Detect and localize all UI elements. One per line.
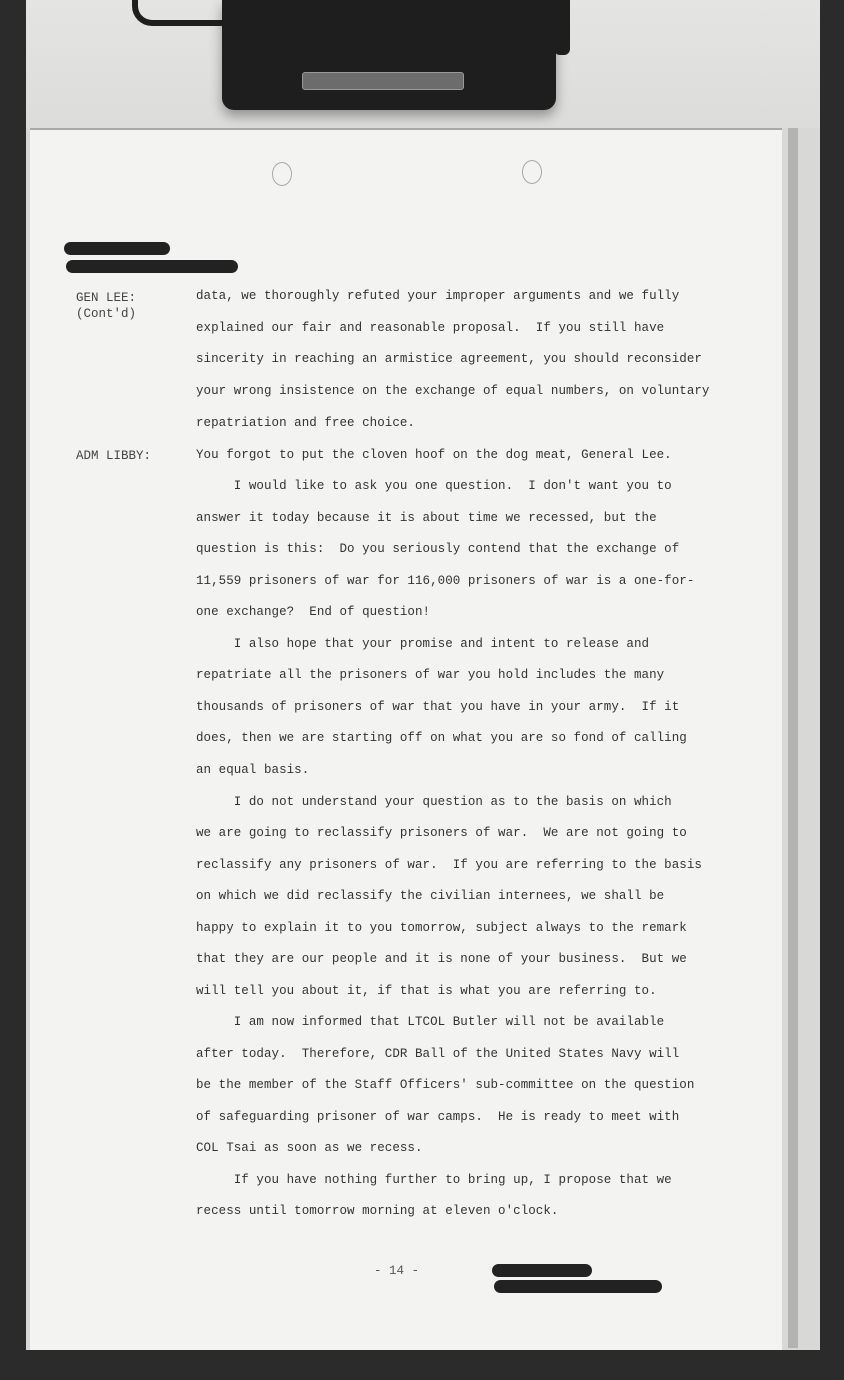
text-line: does, then we are starting off on what y… bbox=[196, 730, 687, 746]
text-line: You forgot to put the cloven hoof on the… bbox=[196, 447, 672, 463]
document-page: GEN LEE: (Cont'd) data, we thoroughly re… bbox=[30, 128, 782, 1350]
text-line: I also hope that your promise and intent… bbox=[196, 636, 649, 652]
text-line: that they are our people and it is none … bbox=[196, 951, 687, 967]
text-line: answer it today because it is about time… bbox=[196, 510, 657, 526]
text-line: we are going to reclassify prisoners of … bbox=[196, 825, 687, 841]
text-line: repatriation and free choice. bbox=[196, 415, 415, 431]
text-line: an equal basis. bbox=[196, 762, 309, 778]
clip-tab bbox=[554, 0, 570, 55]
text-line: COL Tsai as soon as we recess. bbox=[196, 1140, 423, 1156]
punch-hole-left bbox=[272, 162, 292, 186]
clip-cable bbox=[132, 0, 238, 26]
punch-hole-right bbox=[522, 160, 542, 184]
binder-clip bbox=[222, 0, 556, 110]
redaction-bar-bottom-1 bbox=[492, 1264, 592, 1277]
text-line: recess until tomorrow morning at eleven … bbox=[196, 1203, 558, 1219]
clip-plate bbox=[302, 72, 464, 90]
text-line: explained our fair and reasonable propos… bbox=[196, 320, 664, 336]
redaction-bar-top-2 bbox=[66, 260, 238, 273]
text-line: I would like to ask you one question. I … bbox=[196, 478, 672, 494]
page-number: - 14 - bbox=[374, 1264, 419, 1278]
text-line: happy to explain it to you tomorrow, sub… bbox=[196, 920, 687, 936]
text-line: after today. Therefore, CDR Ball of the … bbox=[196, 1046, 679, 1062]
text-line: of safeguarding prisoner of war camps. H… bbox=[196, 1109, 679, 1125]
text-line: repatriate all the prisoners of war you … bbox=[196, 667, 664, 683]
page-edge bbox=[788, 128, 798, 1348]
text-line: one exchange? End of question! bbox=[196, 604, 430, 620]
text-line: on which we did reclassify the civilian … bbox=[196, 888, 664, 904]
text-line: be the member of the Staff Officers' sub… bbox=[196, 1077, 694, 1093]
text-line: sincerity in reaching an armistice agree… bbox=[196, 351, 702, 367]
speaker-label-adm-libby: ADM LIBBY: bbox=[76, 448, 151, 464]
redaction-bar-bottom-2 bbox=[494, 1280, 662, 1293]
redaction-bar-top-1 bbox=[64, 242, 170, 255]
speaker-note-contd: (Cont'd) bbox=[76, 306, 136, 322]
text-line: question is this: Do you seriously conte… bbox=[196, 541, 679, 557]
text-line: reclassify any prisoners of war. If you … bbox=[196, 857, 702, 873]
text-line: I do not understand your question as to … bbox=[196, 794, 672, 810]
scanner-bed bbox=[26, 0, 820, 128]
scan-frame: GEN LEE: (Cont'd) data, we thoroughly re… bbox=[26, 0, 820, 1350]
text-line: 11,559 prisoners of war for 116,000 pris… bbox=[196, 573, 694, 589]
text-line: your wrong insistence on the exchange of… bbox=[196, 383, 709, 399]
text-line: If you have nothing further to bring up,… bbox=[196, 1172, 672, 1188]
speaker-label-gen-lee: GEN LEE: bbox=[76, 290, 136, 306]
text-line: I am now informed that LTCOL Butler will… bbox=[196, 1014, 664, 1030]
text-line: thousands of prisoners of war that you h… bbox=[196, 699, 679, 715]
text-line: data, we thoroughly refuted your imprope… bbox=[196, 288, 679, 304]
text-line: will tell you about it, if that is what … bbox=[196, 983, 657, 999]
